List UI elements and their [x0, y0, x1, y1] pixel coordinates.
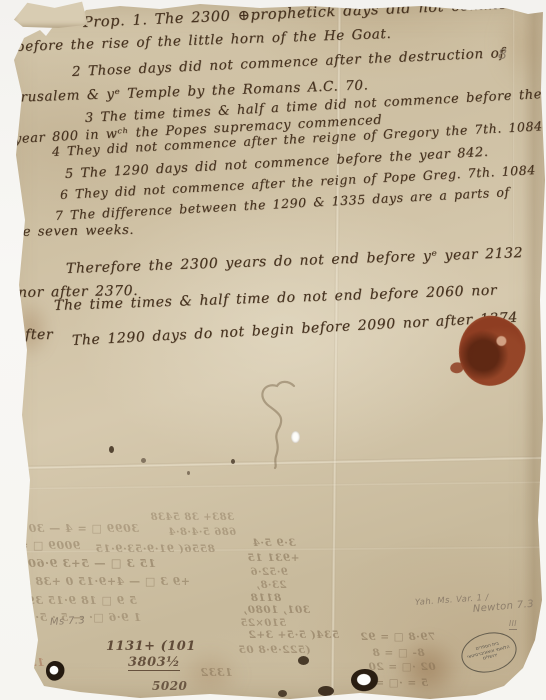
mirrored-text: +931 15: [247, 553, 299, 564]
bleedthrough-mark: 5 9 □ 18 9·15 39·12: [6, 595, 137, 606]
ink-speck: [187, 471, 190, 475]
bleedthrough-mark: 301, 1080,: [243, 605, 310, 616]
mirrored-text: (522·9·8 05: [238, 645, 311, 656]
mirrored-text: 79·8 □ = 92: [360, 632, 435, 643]
mirrored-text: 3099 □ = 4 — 30 +: [14, 523, 139, 534]
bleedthrough-mark: 8- □ = 8: [372, 648, 425, 659]
mirrored-text: 5 9 □ 18 9·15 39·12: [6, 595, 137, 606]
handwriting-line: Prop. 1. The 2300 ⊕prophetick days did n…: [83, 0, 536, 30]
mirrored-text: +3 =: [505, 686, 534, 696]
mirrored-text: 8118: [250, 593, 281, 604]
paper-crease: [0, 481, 546, 491]
bleedthrough-mark: +931 15: [247, 553, 299, 564]
ink-speck: [109, 446, 114, 453]
mirrored-text: 23·8,: [256, 581, 286, 591]
bleedthrough-mark: 1332: [200, 667, 233, 678]
bleedthrough-mark: 3099 □ = 4 — 30 +: [14, 523, 139, 534]
mirrored-text: 3·9 5·4: [252, 538, 296, 549]
mirrored-text: 5 = ·□ = 65: [355, 678, 428, 689]
bleedthrough-mark: +3 =: [505, 686, 534, 696]
library-stamp: בית הספרים הלאומי והאוניברסיטאי ירושלים: [457, 627, 521, 678]
mirrored-text: 383+ 38 5438: [150, 513, 234, 523]
bleedthrough-mark: 3803½: [128, 656, 180, 671]
bleedthrough-mark: 79·8 □ = 92: [360, 632, 435, 643]
mirrored-text: 9009 □ = 5: [6, 540, 80, 551]
mirrored-text: 15 3 □ — 5+3 9·600·6: [6, 558, 156, 570]
paper-hole: [46, 661, 65, 681]
pen-flourish: [250, 378, 310, 470]
mirrored-text: 02 ·□ = 20: [368, 662, 436, 673]
bleedthrough-mark: 686 5·4·8·4: [168, 528, 236, 538]
pencil-note: 8: [498, 48, 507, 62]
bleedthrough-mark: +9 3 □ — 4+9·15 0 +38 315: [6, 576, 190, 587]
paper-stain: [496, 0, 546, 86]
handwriting-line: the seven weeks.: [8, 224, 134, 239]
mirrored-text: 686 5·4·8·4: [168, 528, 236, 538]
bleedthrough-mark: 23·8,: [256, 581, 286, 591]
mirrored-text: 510×25: [240, 619, 286, 629]
bleedthrough-mark: 534( 5·5+ 3+2: [248, 630, 339, 641]
bleedthrough-mark: 8118: [250, 593, 281, 604]
bleedthrough-mark: 5020: [152, 680, 187, 692]
handwriting-line: The 1290 days do not begin before 2090 n…: [72, 311, 519, 348]
handwriting-line: after: [16, 328, 53, 342]
bleedthrough-mark: 8556( 91·9·53·9·15: [95, 544, 215, 555]
bleedthrough-mark: 510×25: [240, 619, 286, 629]
mirrored-text: 8- □ = 8: [372, 648, 425, 659]
ink-speck: [141, 458, 146, 463]
ink-speck: [231, 459, 235, 464]
bleedthrough-mark: 9009 □ = 5: [6, 540, 80, 551]
mirrored-text: 1332: [200, 667, 233, 678]
ink-speck: [298, 656, 309, 665]
mirrored-text: 534( 5·5+ 3+2: [248, 630, 339, 641]
mirrored-text: 8556( 91·9·53·9·15: [95, 544, 215, 555]
bleedthrough-mark: 15 3 □ — 5+3 9·600·6: [6, 558, 156, 570]
handwriting-line: Therefore the 2300 years do not end befo…: [66, 246, 524, 276]
bleedthrough-mark: 383+ 38 5438: [150, 513, 234, 523]
bleedthrough-mark: 3·9 5·4: [252, 538, 296, 549]
stamp-text-line: ירושלים: [483, 654, 499, 663]
ink-speck: [278, 690, 287, 697]
torn-corner-fragment: [14, 0, 88, 28]
bleedthrough-mark: (522·9·8 05: [238, 645, 311, 656]
pencil-note: III: [509, 620, 517, 630]
mirrored-text: 9·52·6: [250, 568, 288, 578]
handwriting-line: 2 Those days did not commence after the …: [72, 47, 506, 79]
bleedthrough-mark: 5 = ·□ = 65: [355, 678, 428, 689]
manuscript-scan: Prop. 1. The 2300 ⊕prophetick days did n…: [0, 0, 546, 700]
mirrored-text: +9 3 □ — 4+9·15 0 +38 315: [6, 576, 190, 587]
manuscript-paper: Prop. 1. The 2300 ⊕prophetick days did n…: [0, 0, 546, 700]
bleedthrough-mark: 1131+ (101: [106, 640, 196, 653]
mirrored-text: 1335: [12, 657, 45, 668]
mirrored-text: 301, 1080,: [243, 605, 310, 616]
pencil-note: Ms 7.3: [50, 616, 86, 628]
bleedthrough-mark: 1335: [12, 657, 45, 668]
ink-speck: [318, 686, 334, 696]
bleedthrough-mark: 9·52·6: [250, 568, 288, 578]
bleedthrough-mark: 02 ·□ = 20: [368, 662, 436, 673]
handwriting-line: before the rise of the little horn of th…: [16, 28, 392, 55]
